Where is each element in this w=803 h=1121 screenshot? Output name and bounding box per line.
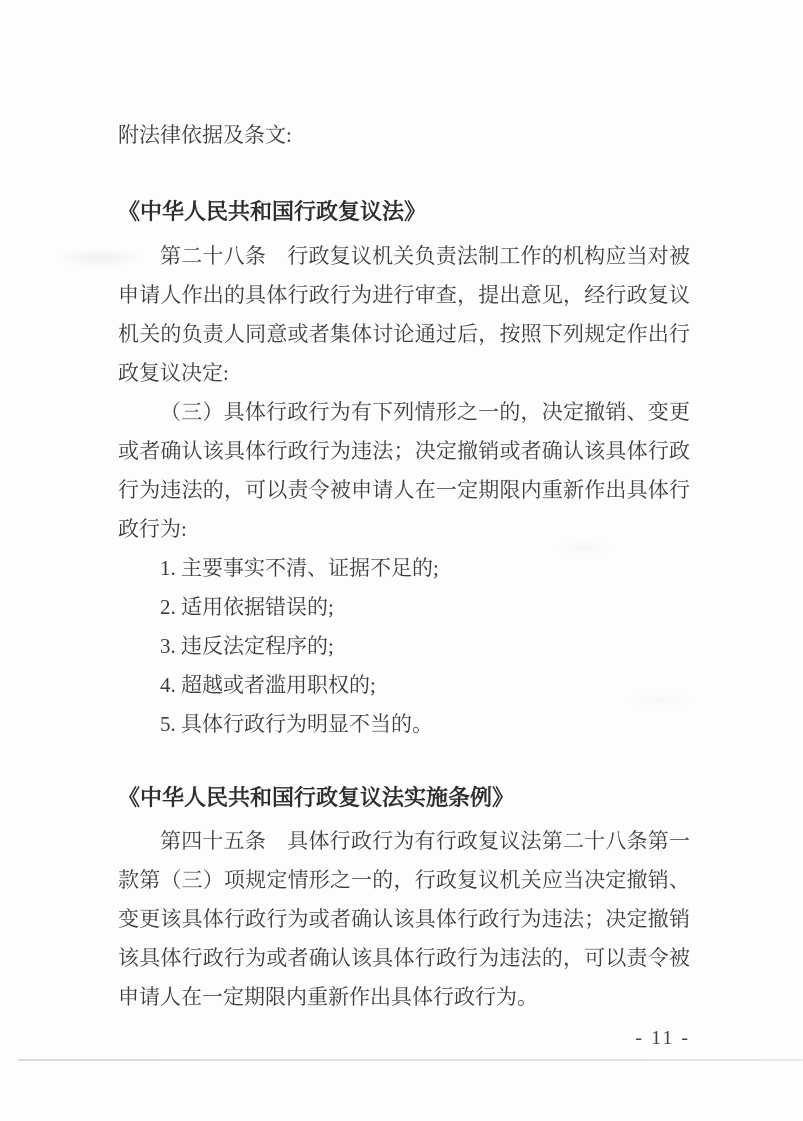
intro-label: 附法律依据及条文: bbox=[118, 116, 690, 155]
scan-edge-divider bbox=[18, 1059, 803, 1061]
list-item-3: 3. 违反法定程序的; bbox=[118, 627, 690, 666]
paragraph-article-28: 第二十八条 行政复议机关负责法制工作的机构应当对被申请人作出的具体行政行为进行审… bbox=[118, 237, 690, 393]
numbered-list: 1. 主要事实不清、证据不足的; 2. 适用依据错误的; 3. 违反法定程序的;… bbox=[118, 549, 690, 744]
page-number: - 11 - bbox=[118, 1025, 690, 1051]
list-item-4: 4. 超越或者滥用职权的; bbox=[118, 666, 690, 705]
section-title-administrative-reconsideration-law: 《中华人民共和国行政复议法》 bbox=[118, 192, 690, 231]
list-item-2: 2. 适用依据错误的; bbox=[118, 588, 690, 627]
section-title-implementation-regulations: 《中华人民共和国行政复议法实施条例》 bbox=[118, 778, 690, 817]
list-item-1: 1. 主要事实不清、证据不足的; bbox=[118, 549, 690, 588]
paragraph-item-three: （三）具体行政行为有下列情形之一的，决定撤销、变更或者确认该具体行政行为违法；决… bbox=[118, 393, 690, 549]
paragraph-article-45: 第四十五条 具体行政行为有行政复议法第二十八条第一款第（三）项规定情形之一的，行… bbox=[118, 822, 690, 1017]
list-item-5: 5. 具体行政行为明显不当的。 bbox=[118, 705, 690, 744]
document-content: 附法律依据及条文: 《中华人民共和国行政复议法》 第二十八条 行政复议机关负责法… bbox=[118, 0, 690, 1051]
scanned-document-page: 附法律依据及条文: 《中华人民共和国行政复议法》 第二十八条 行政复议机关负责法… bbox=[0, 0, 803, 1121]
